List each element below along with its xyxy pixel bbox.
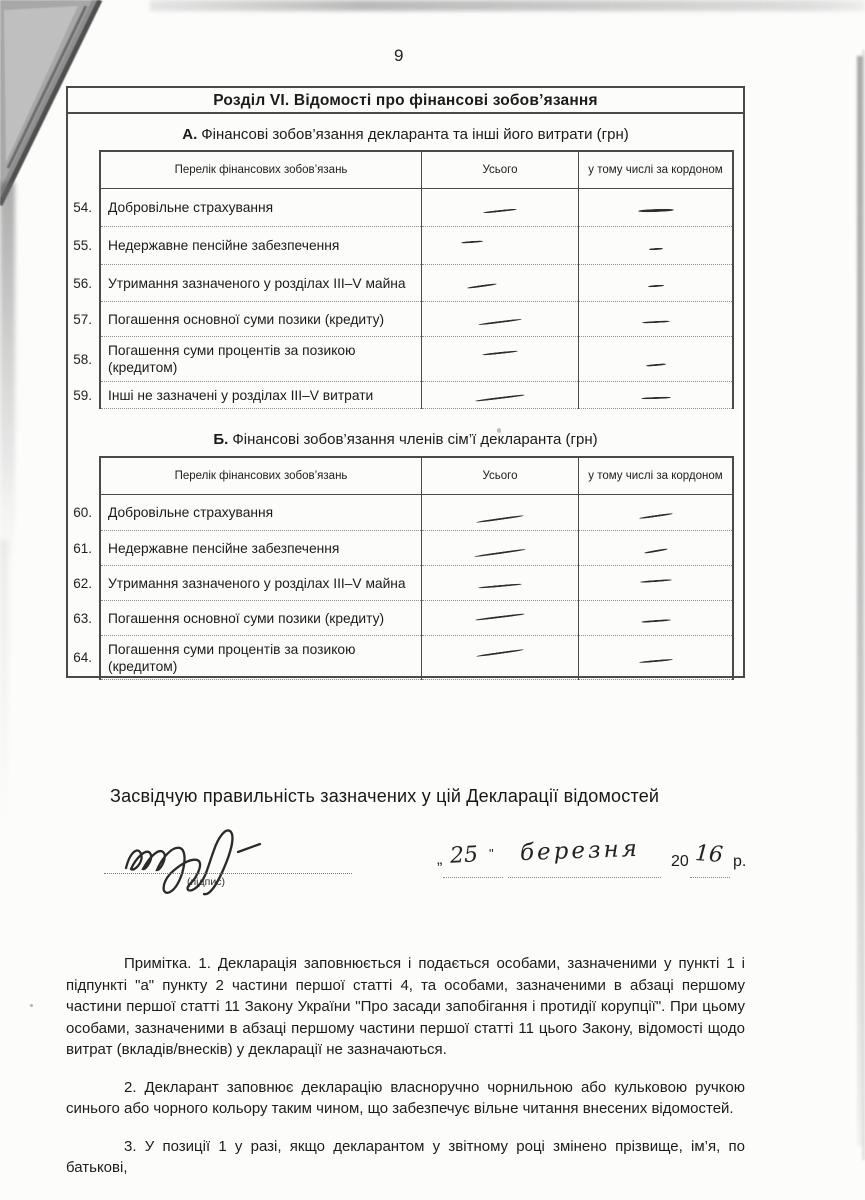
handwritten-dash [476, 514, 524, 523]
part-b-title: Фінансові зобов’язання членів сім’ї декл… [232, 431, 597, 448]
handwritten-dash [639, 512, 673, 519]
note-paragraph-2: 2. Декларант заповнює декларацію власнор… [66, 1077, 745, 1120]
handwritten-dash [638, 658, 672, 663]
header-num-spacer [68, 151, 100, 189]
cell-abroad [579, 601, 734, 636]
table-row: 61. Недержавне пенсійне забезпечення [68, 531, 733, 566]
date-month-underline [508, 877, 661, 878]
cell-total [422, 566, 579, 601]
cell-total [422, 337, 579, 382]
handwritten-dash [474, 548, 526, 557]
row-number: 56. [68, 265, 100, 302]
handwritten-dash [475, 613, 525, 621]
signature-line [104, 873, 352, 874]
cell-abroad [579, 189, 734, 227]
cell-total [422, 265, 579, 302]
handwritten-dash [637, 208, 673, 212]
table-row: 56. Утримання зазначеного у розділах III… [68, 265, 733, 302]
row-label: Погашення суми процентів за позикою (кре… [100, 337, 422, 382]
cell-abroad [579, 265, 734, 302]
cell-total [422, 495, 579, 531]
header-num-spacer [68, 457, 100, 495]
page-number: 9 [394, 46, 403, 66]
column-header-total: Усього [422, 457, 579, 495]
row-number: 61. [68, 531, 100, 566]
table-row: 60. Добровільне страхування [68, 495, 733, 531]
handwritten-dash [648, 247, 662, 250]
cell-total [422, 636, 579, 680]
row-number: 55. [68, 227, 100, 265]
date-year-handwritten: 16 [694, 841, 724, 868]
cell-abroad [579, 566, 734, 601]
column-header-list: Перелік фінансових зобов’язань [100, 457, 422, 495]
table-row: 59. Інші не зазначені у розділах III–V в… [68, 382, 733, 409]
handwritten-dash [475, 394, 525, 402]
handwritten-signature [112, 806, 367, 906]
row-label: Інші не зазначені у розділах III–V витра… [100, 382, 422, 409]
table-declarant-obligations: Перелік фінансових зобов’язань Усього у … [68, 150, 734, 409]
handwritten-dash [640, 619, 670, 623]
cell-total [422, 531, 579, 566]
handwritten-dash [476, 648, 524, 657]
part-b-heading: Б.Фінансові зобов’язання членів сім’ї де… [68, 431, 743, 449]
cell-total [422, 302, 579, 337]
cell-abroad [579, 337, 734, 382]
handwritten-dash [639, 579, 671, 583]
table-row: 58. Погашення суми процентів за позикою … [68, 337, 733, 382]
cell-total [422, 601, 579, 636]
signature-caption: (підпис) [187, 876, 225, 888]
row-number: 62. [68, 566, 100, 601]
date-open-quote: „ [437, 851, 442, 869]
table-row: 64. Погашення суми процентів за позикою … [68, 636, 733, 680]
table-row: 55. Недержавне пенсійне забезпечення [68, 227, 733, 265]
date-year-prefix: 20 [671, 853, 689, 871]
cell-total [422, 382, 579, 409]
cell-abroad [579, 302, 734, 337]
row-number: 58. [68, 337, 100, 382]
date-day-underline [443, 877, 503, 878]
cell-abroad [579, 227, 734, 265]
row-label: Утримання зазначеного у розділах III–V м… [100, 566, 422, 601]
scan-speck [30, 1004, 33, 1007]
handwritten-dash [647, 284, 663, 287]
row-label: Добровільне страхування [100, 495, 422, 531]
scan-smudge-top [150, 0, 865, 11]
cell-abroad [579, 495, 734, 531]
cell-total [422, 227, 579, 265]
date-era-label: р. [733, 853, 746, 871]
declaration-section-box: Розділ VI. Відомості про фінансові зобов… [66, 86, 745, 678]
row-number: 64. [68, 636, 100, 680]
section-title: Розділ VI. Відомості про фінансові зобов… [68, 88, 743, 114]
column-header-list: Перелік фінансових зобов’язань [100, 151, 422, 189]
row-number: 59. [68, 382, 100, 409]
column-header-total: Усього [422, 151, 579, 189]
date-month-handwritten: березня [520, 836, 641, 866]
part-a-letter: А. [182, 126, 197, 143]
handwritten-dash [483, 208, 517, 214]
row-label: Добровільне страхування [100, 189, 422, 227]
table-row: 54. Добровільне страхування [68, 189, 733, 227]
table-family-obligations: Перелік фінансових зобов’язань Усього у … [68, 456, 734, 680]
handwritten-dash [645, 363, 665, 367]
row-label: Недержавне пенсійне забезпечення [100, 227, 422, 265]
handwritten-dash [467, 283, 497, 289]
cell-abroad [579, 636, 734, 680]
handwritten-dash [482, 350, 518, 356]
row-label: Погашення основної суми позики (кредиту) [100, 302, 422, 337]
table-header-row: Перелік фінансових зобов’язань Усього у … [68, 151, 733, 189]
row-number: 60. [68, 495, 100, 531]
row-number: 57. [68, 302, 100, 337]
cell-abroad [579, 531, 734, 566]
attestation-statement: Засвідчую правильність зазначених у цій … [110, 786, 659, 807]
scan-shadow-left-tail [0, 540, 8, 820]
date-day-handwritten: 25 [449, 842, 478, 868]
notes-block: Примітка. 1. Декларація заповнюється і п… [66, 953, 745, 1195]
cell-abroad [579, 382, 734, 409]
column-header-abroad: у тому числі за кордоном [579, 151, 734, 189]
part-b-letter: Б. [213, 431, 228, 448]
date-year-underline [690, 877, 730, 878]
row-label: Погашення суми процентів за позикою (кре… [100, 636, 422, 680]
table-header-row: Перелік фінансових зобов’язань Усього у … [68, 457, 733, 495]
table-row: 63. Погашення основної суми позики (кред… [68, 601, 733, 636]
row-number: 63. [68, 601, 100, 636]
part-a-heading: А.Фінансові зобов’язання декларанта та і… [68, 126, 743, 144]
table-row: 62. Утримання зазначеного у розділах III… [68, 566, 733, 601]
note-paragraph-1: Примітка. 1. Декларація заповнюється і п… [66, 953, 745, 1061]
table-row: 57. Погашення основної суми позики (кред… [68, 302, 733, 337]
handwritten-dash [478, 583, 522, 589]
note-paragraph-3: 3. У позиції 1 у разі, якщо декларантом … [66, 1136, 745, 1179]
column-header-abroad: у тому числі за кордоном [579, 457, 734, 495]
row-label: Погашення основної суми позики (кредиту) [100, 601, 422, 636]
row-number: 54. [68, 189, 100, 227]
handwritten-dash [478, 318, 522, 325]
scan-shadow-left [0, 182, 15, 562]
part-a-title: Фінансові зобов’язання декларанта та інш… [201, 126, 629, 143]
handwritten-dash [644, 548, 668, 554]
handwritten-dash [640, 396, 670, 399]
handwritten-dash [641, 320, 669, 323]
handwritten-dash [461, 240, 483, 244]
row-label: Недержавне пенсійне забезпечення [100, 531, 422, 566]
cell-total [422, 189, 579, 227]
date-close-quote: " [489, 846, 494, 861]
row-label: Утримання зазначеного у розділах III–V м… [100, 265, 422, 302]
